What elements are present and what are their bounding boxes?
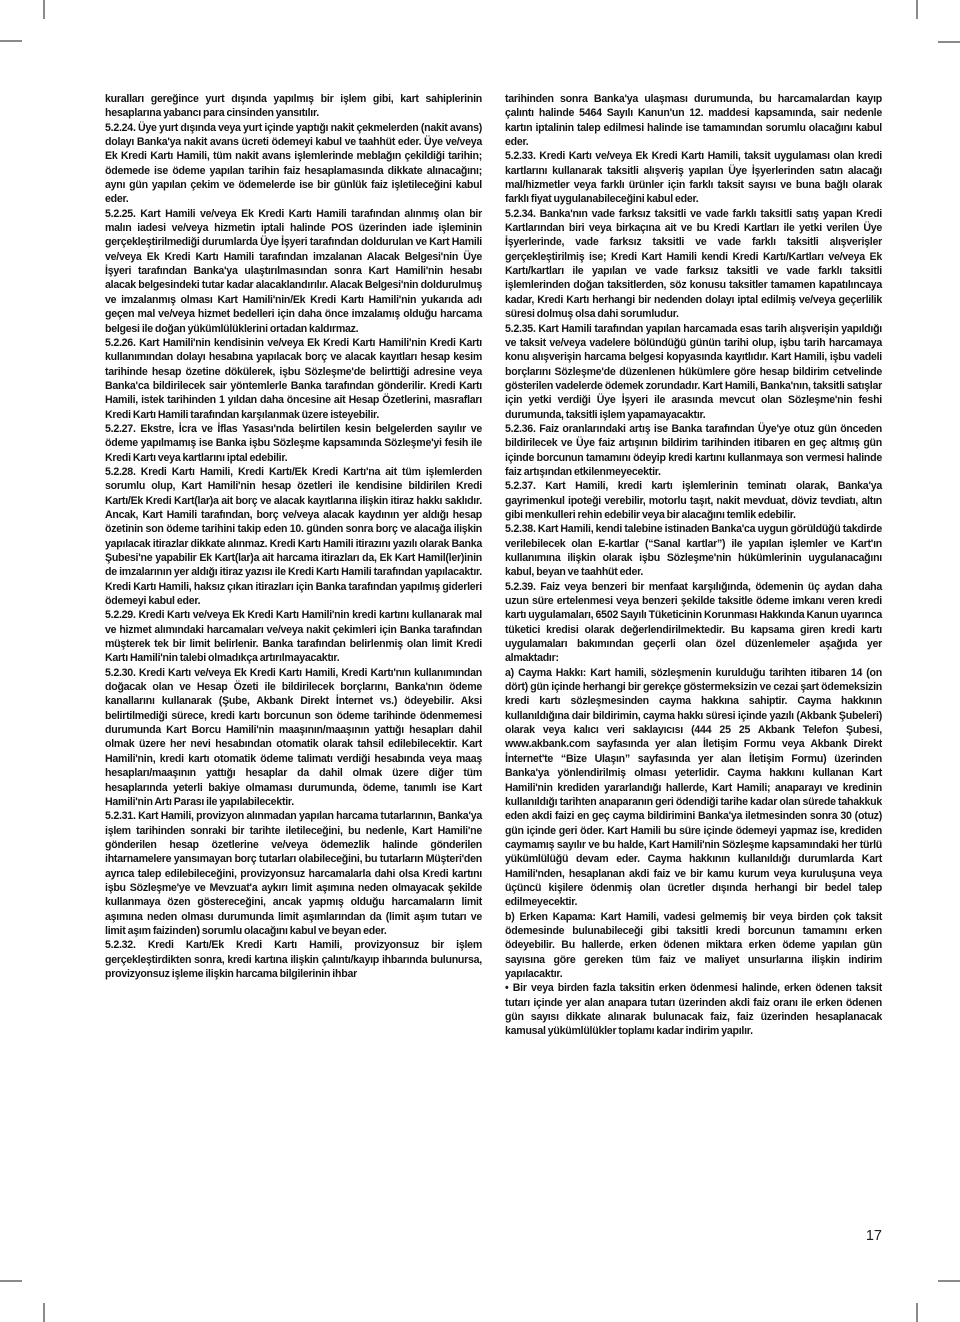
paragraph: 5.2.35. Kart Hamili tarafından yapılan h… xyxy=(505,322,882,422)
paragraph: 5.2.32. Kredi Kartı/Ek Kredi Kartı Hamil… xyxy=(105,938,482,981)
paragraph: 5.2.36. Faiz oranlarındaki artış ise Ban… xyxy=(505,422,882,479)
paragraph: • Bir veya birden fazla taksitin erken ö… xyxy=(505,981,882,1038)
crop-mark-top-right-vertical xyxy=(916,0,918,19)
paragraph: 5.2.28. Kredi Kartı Hamili, Kredi Kartı/… xyxy=(105,465,482,608)
paragraph: kuralları gereğince yurt dışında yapılmı… xyxy=(105,92,482,121)
crop-mark-top-left-vertical xyxy=(43,0,45,19)
text-column-left: kuralları gereğince yurt dışında yapılmı… xyxy=(105,92,482,981)
crop-mark-bottom-left-vertical xyxy=(43,1303,45,1322)
paragraph: a) Cayma Hakkı: Kart hamili, sözleşmenin… xyxy=(505,666,882,910)
paragraph: tarihinden sonra Banka'ya ulaşması durum… xyxy=(505,92,882,149)
text-column-right: tarihinden sonra Banka'ya ulaşması durum… xyxy=(505,92,882,1039)
paragraph: 5.2.29. Kredi Kartı ve/veya Ek Kredi Kar… xyxy=(105,608,482,665)
paragraph: 5.2.25. Kart Hamili ve/veya Ek Kredi Kar… xyxy=(105,207,482,336)
page-number: 17 xyxy=(505,1228,882,1244)
paragraph: 5.2.34. Banka'nın vade farksız taksitli … xyxy=(505,207,882,322)
crop-mark-bottom-left-horizontal xyxy=(0,1280,22,1282)
crop-mark-top-right-horizontal xyxy=(938,41,960,43)
paragraph: 5.2.38. Kart Hamili, kendi talebine isti… xyxy=(505,522,882,579)
document-page: { "page": { "number": "17", "columns": {… xyxy=(0,0,960,1322)
paragraph: 5.2.31. Kart Hamili, provizyon alınmadan… xyxy=(105,809,482,938)
paragraph: 5.2.30. Kredi Kartı ve/veya Ek Kredi Kar… xyxy=(105,666,482,809)
crop-mark-bottom-right-vertical xyxy=(916,1303,918,1322)
paragraph: 5.2.24. Üye yurt dışında veya yurt içind… xyxy=(105,121,482,207)
paragraph: 5.2.33. Kredi Kartı ve/veya Ek Kredi Kar… xyxy=(505,149,882,206)
paragraph: 5.2.26. Kart Hamili'nin kendisinin ve/ve… xyxy=(105,336,482,422)
paragraph: 5.2.37. Kart Hamili, kredi kartı işlemle… xyxy=(505,479,882,522)
paragraph: b) Erken Kapama: Kart Hamili, vadesi gel… xyxy=(505,910,882,982)
paragraph: 5.2.39. Faiz veya benzeri bir menfaat ka… xyxy=(505,580,882,666)
paragraph: 5.2.27. Ekstre, İcra ve İflas Yasası'nda… xyxy=(105,422,482,465)
crop-mark-top-left-horizontal xyxy=(0,40,22,42)
crop-mark-bottom-right-horizontal xyxy=(938,1280,960,1282)
